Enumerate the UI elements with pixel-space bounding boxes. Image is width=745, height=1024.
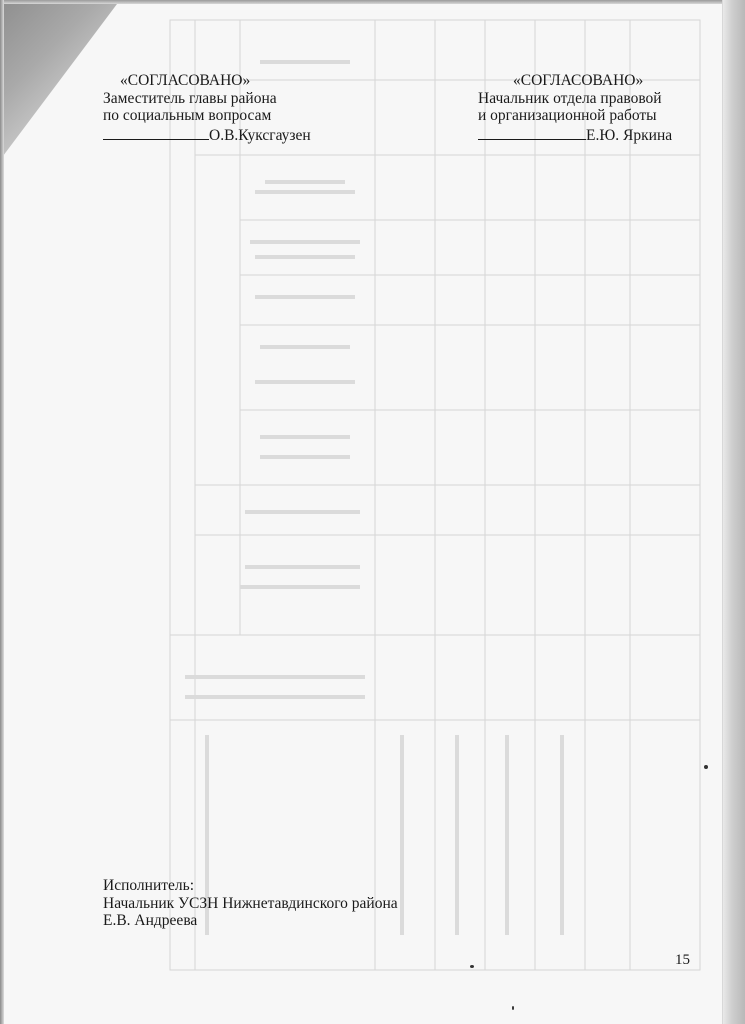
signatory-name: Е.Ю. Яркина [586, 127, 672, 144]
position-line-2: и организационной работы [478, 107, 672, 125]
executor-position: Начальник УСЗН Нижнетавдинского района [103, 895, 398, 913]
position-line-2: по социальным вопросам [103, 107, 311, 125]
scan-left-edge [0, 0, 4, 1024]
executor-label: Исполнитель: [103, 877, 398, 895]
page-number: 15 [675, 952, 690, 969]
approval-title: «СОГЛАСОВАНО» [103, 72, 311, 90]
bleed-through-table [165, 15, 705, 975]
scan-right-edge [723, 0, 745, 1024]
scan-speck [470, 965, 474, 968]
scan-speck [512, 1006, 514, 1010]
executor-name: Е.В. Андреева [103, 912, 398, 930]
position-line-1: Начальник отдела правовой [478, 90, 672, 108]
signature-line: О.В.Куксгаузен [103, 125, 311, 145]
approval-title: «СОГЛАСОВАНО» [478, 72, 672, 90]
position-line-1: Заместитель главы района [103, 90, 311, 108]
signature-line: Е.Ю. Яркина [478, 125, 672, 145]
approval-block-right: «СОГЛАСОВАНО» Начальник отдела правовой … [478, 72, 672, 144]
signature-blank [103, 125, 209, 140]
scan-speck [704, 765, 708, 769]
approval-block-left: «СОГЛАСОВАНО» Заместитель главы района п… [103, 72, 311, 144]
scan-top-edge [0, 0, 745, 4]
executor-block: Исполнитель: Начальник УСЗН Нижнетавдинс… [103, 877, 398, 930]
signature-blank [478, 125, 586, 140]
scanned-page: «СОГЛАСОВАНО» Заместитель главы района п… [0, 0, 745, 1024]
signatory-name: О.В.Куксгаузен [209, 127, 311, 144]
